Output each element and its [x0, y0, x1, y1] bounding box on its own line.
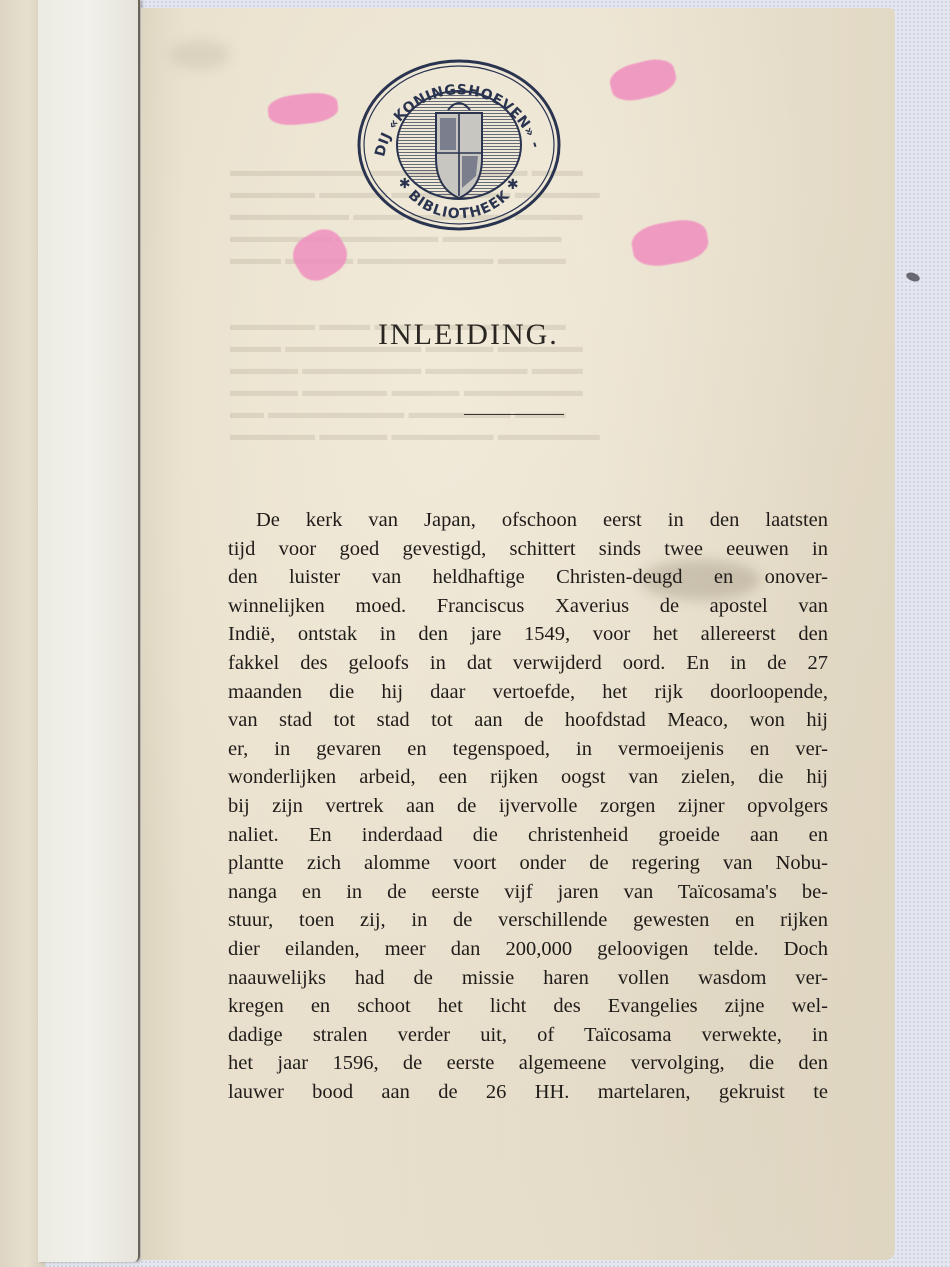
text-line: Indië, ontstak in den jare 1549, voor he…	[228, 620, 828, 649]
heading-divider	[464, 414, 564, 415]
body-paragraph: De kerk van Japan, ofschoon eerst in den…	[228, 506, 828, 1106]
text-line: er, in gevaren en tegenspoed, in vermoei…	[228, 735, 828, 764]
cloth-stain	[905, 271, 921, 283]
text-line: plantte zich alomme voort onder de reger…	[228, 849, 828, 878]
text-line: kregen en schoot het licht des Evangelie…	[228, 992, 828, 1021]
text-line: lauwer bood aan de 26 HH. martelaren, ge…	[228, 1078, 828, 1107]
text-line: bij zijn vertrek aan de ijvervolle zorge…	[228, 792, 828, 821]
text-line: dadige stralen verder uit, of Taïcosama …	[228, 1021, 828, 1050]
text-line: naauwelijks had de missie haren vollen w…	[228, 964, 828, 993]
text-line: stuur, toen zij, in de verschillende gew…	[228, 906, 828, 935]
smudge	[170, 40, 230, 70]
flyleaf-strip	[38, 0, 140, 1262]
text-line: wonderlijken arbeid, een rijken oogst va…	[228, 763, 828, 792]
text-line: naliet. En inderdaad die christenheid gr…	[228, 821, 828, 850]
text-line: tijd voor goed gevestigd, schittert sind…	[228, 535, 828, 564]
text-line: nanga en in de eerste vijf jaren van Taï…	[228, 878, 828, 907]
text-line: De kerk van Japan, ofschoon eerst in den…	[228, 506, 828, 535]
text-line: maanden die hij daar vertoefde, het rijk…	[228, 678, 828, 707]
text-line: den luister van heldhaftige Christen-deu…	[228, 563, 828, 592]
text-line: fakkel des geloofs in dat verwijderd oor…	[228, 649, 828, 678]
library-stamp-icon: CIST. ABDIJ «KONINGSHOEVEN» - TILBURG ✱ …	[356, 58, 562, 232]
text-line: dier eilanden, meer dan 200,000 geloovig…	[228, 935, 828, 964]
chapter-heading: INLEIDING.	[378, 318, 648, 352]
text-line: het jaar 1596, de eerste algemeene vervo…	[228, 1049, 828, 1078]
text-line: winnelijken moed. Franciscus Xaverius de…	[228, 592, 828, 621]
text-line: van stad tot stad tot aan de hoofdstad M…	[228, 706, 828, 735]
